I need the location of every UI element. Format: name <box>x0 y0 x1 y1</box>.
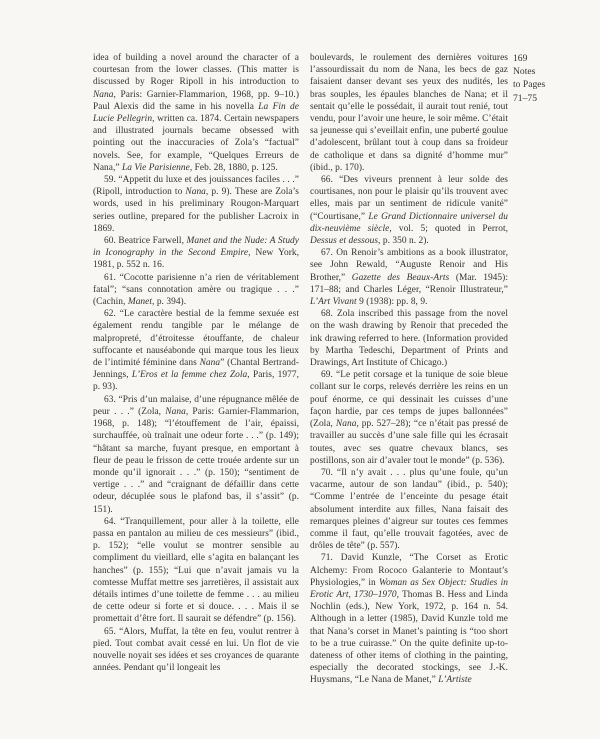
note-60: 60. Beatrice Farwell, Manet and the Nude… <box>93 235 299 272</box>
note-65-continuation: boulevards, le roulement des dernières v… <box>310 52 508 174</box>
cited-title: Nana <box>200 358 221 368</box>
note-text: idea of building a novel around the char… <box>93 53 299 87</box>
note-text: 70. “Il n’y avait . . . plus qu’une foul… <box>310 468 508 551</box>
note-62: 62. “Le caractère bestial de la femme se… <box>93 308 299 393</box>
cited-title: Dessus et dessous <box>310 236 378 246</box>
cited-title: L’Eros et la femme chez Zola <box>132 370 247 380</box>
note-text: 9 (1938): pp. 8, 9. <box>357 297 428 307</box>
cited-title: Nana <box>185 187 206 197</box>
note-text: 61. “Cocotte parisienne n’a rien de véri… <box>93 273 299 307</box>
note-text: , Paris: Garnier-Flammarion, 1968, p. 14… <box>93 407 299 515</box>
note-68: 68. Zola inscribed this passage from the… <box>310 308 508 369</box>
note-text: 68. Zola inscribed this passage from the… <box>310 309 508 368</box>
note-61: 61. “Cocotte parisienne n’a rien de véri… <box>93 272 299 309</box>
right-notes-column: boulevards, le roulement des dernières v… <box>310 52 508 687</box>
margin-note-label-line-2: to Pages <box>513 78 583 91</box>
note-text: , vol. 5; quoted in Perrot, <box>389 224 508 234</box>
note-text: 64. “Tranquillement, pour aller à la toi… <box>93 517 299 625</box>
cited-title: L’Artiste <box>438 675 471 685</box>
note-text: , Thomas B. Hess and Linda Nochlin (eds.… <box>310 590 508 685</box>
cited-title: L’Art Vivant <box>310 297 357 307</box>
note-text: , Feb. 28, 1880, p. 125. <box>190 163 278 173</box>
margin-note-page-range: 71–75 <box>513 92 583 105</box>
note-71: 71. David Kunzle, “The Corset as Erotic … <box>310 552 508 686</box>
book-page: idea of building a novel around the char… <box>0 0 600 739</box>
cited-title: Nana <box>336 419 357 429</box>
note-64: 64. “Tranquillement, pour aller à la toi… <box>93 516 299 626</box>
note-text: , p. 350 n. 2). <box>378 236 429 246</box>
note-59: 59. “Appetit du luxe et des jouissances … <box>93 174 299 235</box>
note-58-continuation: idea of building a novel around the char… <box>93 52 299 174</box>
left-notes-column: idea of building a novel around the char… <box>93 52 299 674</box>
note-69: 69. “Le petit corsage et la tunique de s… <box>310 369 508 467</box>
note-text: 65. “Alors, Muffat, la tête en feu, voul… <box>93 627 299 674</box>
note-66: 66. “Des viveurs prennent à leur solde d… <box>310 174 508 247</box>
cited-title: Nana <box>93 90 114 100</box>
note-text: boulevards, le roulement des dernières v… <box>310 53 508 173</box>
note-63: 63. “Pris d’un malaise, d’une répugnance… <box>93 394 299 516</box>
note-67: 67. On Renoir’s ambitions as a book illu… <box>310 247 508 308</box>
note-65: 65. “Alors, Muffat, la tête en feu, voul… <box>93 626 299 675</box>
margin-note: 169 Notes to Pages 71–75 <box>513 52 583 105</box>
cited-title: Nana <box>165 407 186 417</box>
cited-title: La Vie Parisienne <box>122 163 190 173</box>
cited-title: Manet <box>128 297 152 307</box>
note-text: 60. Beatrice Farwell, <box>104 236 187 246</box>
cited-title: Gazette des Beaux-Arts <box>352 273 449 283</box>
margin-page-number: 169 <box>513 52 583 65</box>
note-text: , p. 394). <box>152 297 186 307</box>
margin-note-label-line-1: Notes <box>513 65 583 78</box>
note-70: 70. “Il n’y avait . . . plus qu’une foul… <box>310 467 508 552</box>
